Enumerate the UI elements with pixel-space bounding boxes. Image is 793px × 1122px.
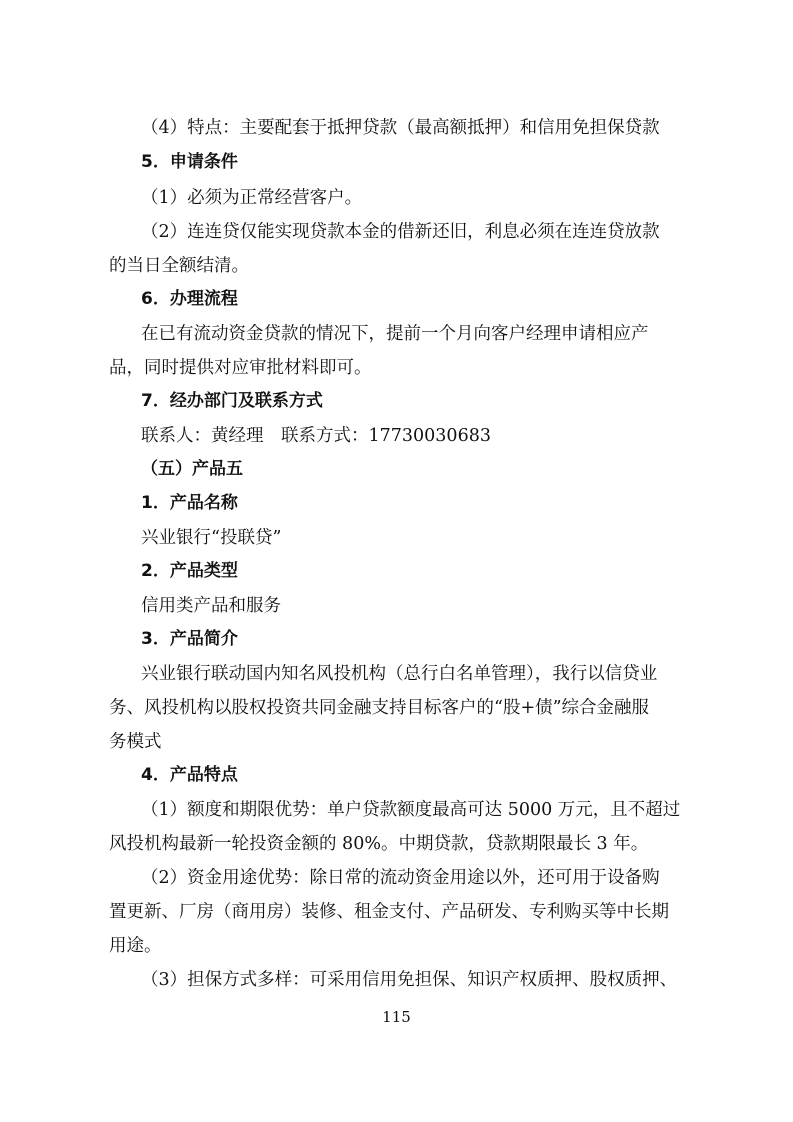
- paragraph-line: （1）必须为正常经营客户。: [0, 186, 793, 210]
- paragraph-line: 用途。: [0, 934, 793, 958]
- section-heading: 6．办理流程: [0, 287, 793, 311]
- paragraph-line: 置更新、厂房（商用房）装修、租金支付、产品研发、专利购买等中长期: [0, 900, 793, 924]
- section-heading: 4．产品特点: [0, 763, 793, 787]
- paragraph-line: 信用类产品和服务: [0, 594, 793, 618]
- section-heading: 1．产品名称: [0, 491, 793, 515]
- section-heading: （五）产品五: [0, 457, 793, 481]
- paragraph-line: （1）额度和期限优势：单户贷款额度最高可达 5000 万元，且不超过: [0, 798, 793, 822]
- paragraph-line: 联系人：黄经理 联系方式：17730030683: [0, 424, 793, 448]
- paragraph-line: （4）特点：主要配套于抵押贷款（最高额抵押）和信用免担保贷款: [0, 116, 793, 140]
- paragraph-line: 在已有流动资金贷款的情况下，提前一个月向客户经理申请相应产: [0, 322, 793, 346]
- paragraph-line: 兴业银行联动国内知名风投机构（总行白名单管理），我行以信贷业: [0, 662, 793, 686]
- paragraph-line: 品，同时提供对应审批材料即可。: [0, 356, 793, 380]
- paragraph-line: （2）资金用途优势：除日常的流动资金用途以外，还可用于设备购: [0, 866, 793, 890]
- paragraph-line: 兴业银行“投联贷”: [0, 526, 793, 550]
- section-heading: 2．产品类型: [0, 559, 793, 583]
- paragraph-line: （2）连连贷仅能实现贷款本金的借新还旧，利息必须在连连贷放款: [0, 220, 793, 244]
- paragraph-line: 的当日全额结清。: [0, 254, 793, 278]
- section-heading: 3．产品简介: [0, 627, 793, 651]
- paragraph-line: （3）担保方式多样：可采用信用免担保、知识产权质押、股权质押、: [0, 968, 793, 992]
- paragraph-line: 务模式: [0, 730, 793, 754]
- paragraph-line: 风投机构最新一轮投资金额的 80%。中期贷款，贷款期限最长 3 年。: [0, 832, 793, 856]
- section-heading: 7．经办部门及联系方式: [0, 389, 793, 413]
- section-heading: 5．申请条件: [0, 150, 793, 174]
- paragraph-line: 务、风投机构以股权投资共同金融支持目标客户的“股+债”综合金融服: [0, 696, 793, 720]
- page-number: 115: [0, 1008, 793, 1026]
